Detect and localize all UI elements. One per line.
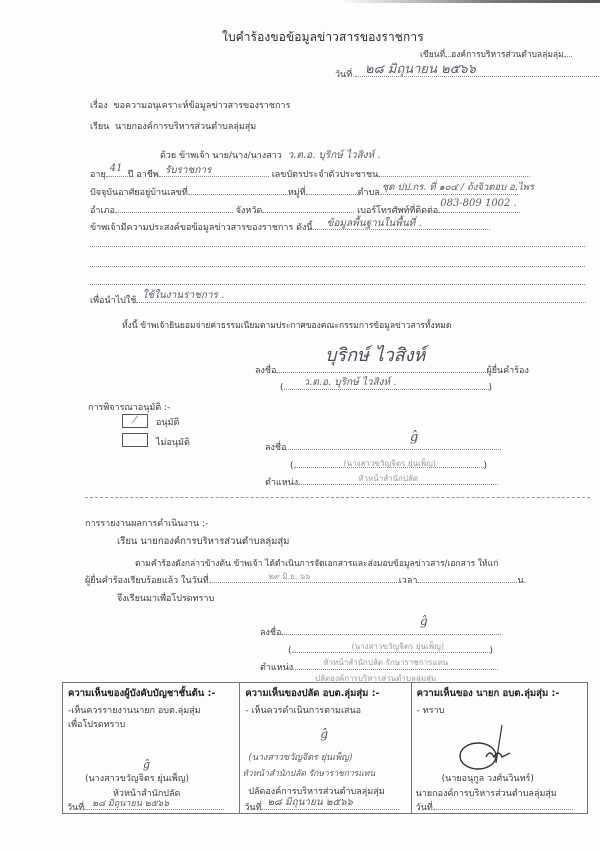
- age-value: 41: [110, 163, 123, 174]
- id-label: เลขบัตรประจำตัวประชาชน: [272, 170, 379, 180]
- subject-value: ขอความอนุเคราะห์ข้อมูลข่าวสารของราชการ: [113, 101, 290, 111]
- report-time-unit: น.: [517, 576, 526, 586]
- opinion-text: -เห็นควรรายงานนายก อบต.ลุ่มสุ่ม เพื่อโปร…: [68, 704, 234, 732]
- amphoe-label: อำเภอ: [90, 206, 115, 216]
- opinion-heading: ความเห็นของ นายก อบต.ลุ่มสุ่ม :-: [417, 686, 582, 701]
- date-label: วันที่: [335, 70, 352, 80]
- request-line-3: [90, 266, 585, 267]
- section-divider: [85, 497, 590, 498]
- applicant-printed-name: ว.ต.อ. บุริกษ์ ไวสิงห์ .: [304, 375, 397, 390]
- opinion-text: - ทราบ: [417, 704, 582, 718]
- opinion-position: นายกองค์การบริหารส่วนตำบลลุ่มสุ่ม: [416, 786, 557, 800]
- id-field: [378, 166, 530, 177]
- document-page: ใบคำร้องขอข้อมูลข่าวสารของราชการ เขียนที…: [0, 0, 600, 851]
- reporter-printed-name: (นางสาวขวัญจิตร ยุ่นเพ็ญ): [352, 640, 444, 653]
- request-row: ข้าพเจ้ามีความประสงค์ขอข้อมูลข่าวสารของร…: [90, 219, 490, 234]
- moo-field: [306, 184, 358, 195]
- reporter-position-value: หัวหน้าสำนักปลัด รักษาราชการแทน: [323, 656, 448, 669]
- opinion-line: -เห็นควรรายงานนายก อบต.ลุ่มสุ่ม: [68, 704, 234, 718]
- applicant-name-value: ว.ต.อ. บุริกษ์ ไวสิงห์ .: [288, 150, 381, 161]
- approver-position-value: หัวหน้าสำนักปลัด: [358, 472, 418, 485]
- opinion-line: - เห็นควรดำเนินการตามเสนอ: [245, 704, 405, 718]
- report-date-label: ผู้ยื่นคำร้องเรียบร้อยแล้ว ในวันที่: [85, 576, 209, 586]
- chief-signature: [452, 723, 522, 773]
- applicant-sign-role: ผู้ยื่นคำร้อง: [486, 366, 528, 376]
- report-time-field: [417, 572, 517, 583]
- opinion-date-row: วันที่: [416, 799, 573, 814]
- to-row: เรียน นายกองค์การบริหารส่วนตำบลลุ่มสุ่ม: [90, 119, 256, 133]
- age-unit: ปี: [128, 170, 134, 180]
- opinion-heading: ความเห็นของผู้บังคับบัญชาชั้นต้น :-: [68, 686, 234, 701]
- applicant-sign-label: ลงชื่อ: [255, 366, 276, 376]
- opinion-cell-deputy: ความเห็นของปลัด อบต.ลุ่มสุ่ม :- - เห็นคว…: [240, 683, 411, 813]
- reject-checkbox[interactable]: [122, 433, 148, 447]
- check-mark-icon: /: [131, 413, 139, 426]
- reporter-printed-name-row: ((นางสาวขวัญจิตร ยุ่นเพ็ญ)): [288, 642, 493, 656]
- subject-row: เรื่อง ขอความอนุเคราะห์ข้อมูลข่าวสารของร…: [90, 98, 290, 112]
- opinion-cell-chief: ความเห็นของ นายก อบต.ลุ่มสุ่ม :- - ทราบ …: [412, 683, 587, 813]
- to-label: เรียน: [90, 122, 109, 132]
- opinion-name: (นายอนุกูล วงศ์นวินทร์): [442, 771, 534, 785]
- purpose-row: เพื่อนำไปใช้ใช้ในงานราชการ .: [90, 292, 586, 307]
- amphoe-field: [115, 202, 233, 213]
- supervisor-signature: ĝ: [143, 758, 150, 771]
- purpose-value: ใช้ในงานราชการ .: [142, 288, 224, 303]
- approval-heading: การพิจารณาอนุมัติ :-: [88, 400, 170, 414]
- opinion-date-value: ๒๘ มิถุนายน ๒๕๖๖: [267, 795, 352, 810]
- report-body-line-1: ตามคำร้องดังกล่าวข้างต้น ข้าพเจ้า ได้ดำเ…: [135, 556, 498, 570]
- subject-label: เรื่อง: [90, 101, 108, 111]
- approver-position-label: ตำแหน่ง: [265, 478, 298, 488]
- opinion-date-label: วันที่: [244, 803, 261, 813]
- house-no-field: [188, 184, 288, 195]
- province-label: จังหวัด: [236, 206, 263, 216]
- approver-printed-name-row: ((นางสาวขวัญจิตร ยุ่นเพ็ญ)): [290, 457, 487, 471]
- approve-checkbox[interactable]: /: [122, 414, 148, 428]
- report-closing: จึงเรียนมาเพื่อโปรดทราบ: [117, 591, 214, 605]
- opinion-date-value: ๒๘ มิถุนายน ๒๕๖๖: [92, 796, 169, 810]
- reporter-sign-row: ลงชื่อ: [260, 624, 501, 639]
- opinion-heading: ความเห็นของปลัด อบต.ลุ่มสุ่ม :-: [245, 686, 405, 701]
- report-to-line: เรียน นายกองค์การบริหารส่วนตำบลลุ่มสุ่ม: [117, 534, 289, 549]
- opinion-text: - เห็นควรดำเนินการตามเสนอ: [245, 704, 405, 718]
- deputy-signature: ĝ: [320, 727, 328, 741]
- reporter-position-label: ตำแหน่ง: [260, 663, 293, 673]
- address-row: ปัจจุบันอาศัยอยู่บ้านเลขที่หมู่ที่ตำบลชุ…: [90, 184, 518, 199]
- opinion-date-label: วันที่: [67, 803, 84, 813]
- occupation-label: อาชีพ: [136, 170, 159, 180]
- applicant-printed-name-row: (ว.ต.อ. บุริกษ์ ไวสิงห์ .): [280, 379, 492, 393]
- approver-position-row: ตำแหน่งหัวหน้าสำนักปลัด: [265, 474, 498, 489]
- fee-statement: ทั้งนี้ ข้าพเจ้ายินยอมจ่ายค่าธรรมเนียมตา…: [122, 318, 451, 332]
- approve-label: อนุมัติ: [156, 415, 179, 429]
- age-label: อายุ: [90, 170, 106, 180]
- opinion-date-row: วันที่๒๘ มิถุนายน ๒๕๖๖: [67, 799, 224, 814]
- opinion-cell-supervisor: ความเห็นของผู้บังคับบัญชาชั้นต้น :- -เห็…: [63, 683, 240, 813]
- phone-value: 083-809 1002 .: [440, 198, 517, 209]
- report-body-line-2: ผู้ยื่นคำร้องเรียบร้อยแล้ว ในวันที่๒๙ มิ…: [85, 572, 526, 587]
- tambon-label: ตำบล: [358, 188, 380, 198]
- house-no-label: ปัจจุบันอาศัยอยู่บ้านเลขที่: [90, 188, 188, 198]
- reject-label: ไม่อนุมัติ: [156, 435, 190, 449]
- purpose-label: เพื่อนำไปใช้: [90, 296, 136, 306]
- occupation-value: รับราชการ: [165, 163, 212, 178]
- to-value: นายกองค์การบริหารส่วนตำบลลุ่มสุ่ม: [115, 122, 256, 132]
- age-occupation-row: อายุ41ปี อาชีพรับราชการ เลขบัตรประจำตัวป…: [90, 166, 530, 181]
- approver-sign-label: ลงชื่อ: [265, 443, 286, 453]
- date-row: วันที่ ๒๘ มิถุนายน ๒๕๖๖: [335, 66, 600, 81]
- report-time-label: เวลา: [399, 576, 418, 586]
- opinion-date-row: วันที่๒๘ มิถุนายน ๒๕๖๖: [244, 799, 399, 814]
- document-title: ใบคำร้องขอข้อมูลข่าวสารของราชการ: [222, 28, 424, 47]
- amphoe-phone-row: อำเภอ จังหวัด เบอร์โทรศัพท์ที่ติดต่อ083-…: [90, 202, 520, 217]
- opinion-position-hand: หัวหน้าสำนักปลัด รักษาราชการแทน: [242, 766, 375, 780]
- report-date-value: ๒๙ มิ.ย. ๖๖: [269, 570, 310, 583]
- tambon-value: ชุด ปป.กร. ที่ ๑๐๔ / ถ้งจิวตอบ อ.ไพร: [382, 180, 534, 195]
- opinion-name: (นางสาวขวัญจิตร ยุ่นเพ็ญ): [85, 771, 189, 785]
- reporter-sign-label: ลงชื่อ: [260, 628, 281, 638]
- opinions-table: ความเห็นของผู้บังคับบัญชาชั้นต้น :- -เห็…: [62, 682, 588, 814]
- opinion-line: เพื่อโปรดทราบ: [68, 718, 234, 732]
- applicant-intro-label: ด้วย ข้าพเจ้า นาย/นาง/นางสาว: [160, 151, 282, 161]
- approver-printed-name: (นางสาวขวัญจิตร ยุ่นเพ็ญ): [344, 457, 436, 470]
- moo-label: หมู่ที่: [288, 188, 306, 198]
- request-line-2: [90, 246, 585, 247]
- request-value: ข้อมูลพื้นฐานในพื้นที่ .: [327, 216, 422, 231]
- scan-edge: [340, 0, 600, 3]
- phone-label: เบอร์โทรศัพท์ที่ติดต่อ: [357, 206, 438, 216]
- opinion-date-field: [433, 799, 573, 810]
- opinion-line: - ทราบ: [417, 704, 582, 718]
- applicant-name-row: ด้วย ข้าพเจ้า นาย/นาง/นางสาว ว.ต.อ. บุริ…: [160, 148, 381, 163]
- report-heading: การรายงานผลการดำเนินงาน :-: [85, 516, 208, 530]
- approver-sign-row: ลงชื่อ: [265, 439, 501, 454]
- request-label: ข้าพเจ้ามีความประสงค์ขอข้อมูลข่าวสารของร…: [90, 223, 313, 233]
- opinion-name: (นางสาวขวัญจิตร ยุ่นเพ็ญ): [248, 750, 352, 764]
- request-line-4: [90, 284, 585, 285]
- date-value: ๒๘ มิถุนายน ๒๕๖๖: [365, 58, 476, 79]
- opinion-date-label: วันที่: [416, 803, 433, 813]
- province-field: [262, 202, 354, 213]
